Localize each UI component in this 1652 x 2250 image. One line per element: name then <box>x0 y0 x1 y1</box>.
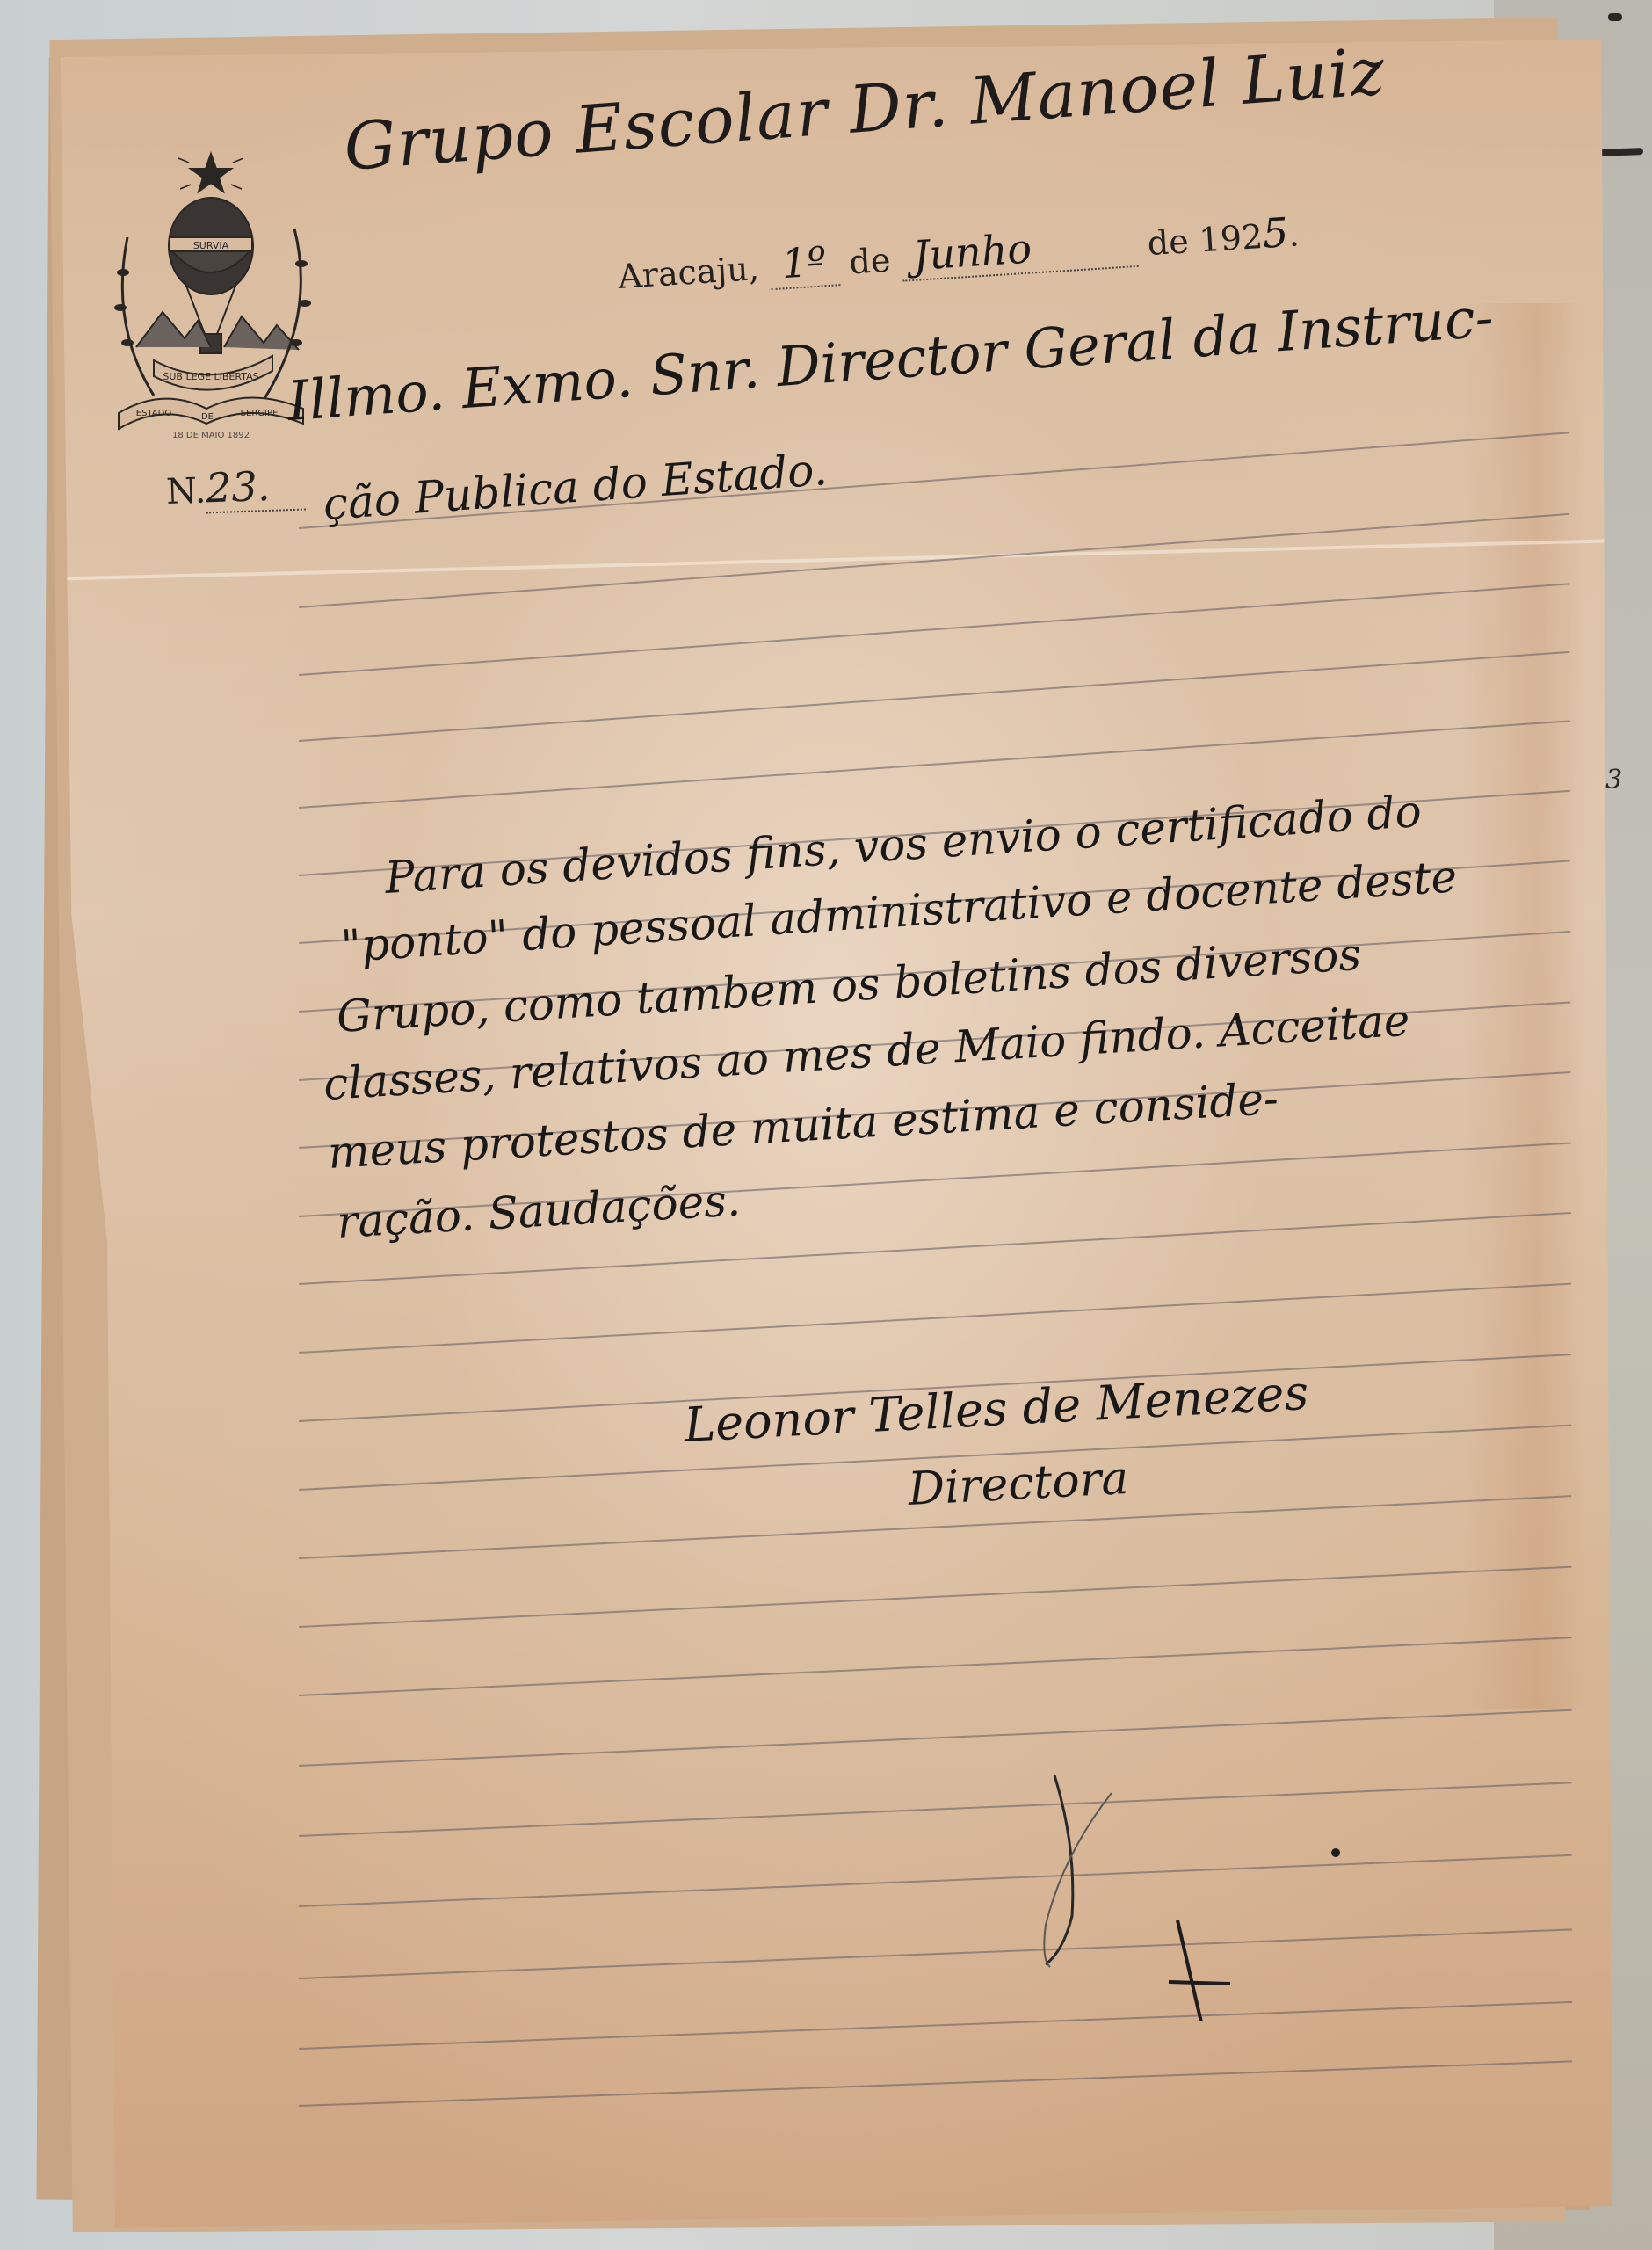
ink-spot <box>1608 13 1622 21</box>
date-de: de <box>1146 221 1189 263</box>
svg-text:DE: DE <box>201 412 214 422</box>
svg-text:ESTADO: ESTADO <box>136 409 172 418</box>
date-day: 1º <box>768 236 840 290</box>
svg-text:SERGIPE: SERGIPE <box>241 409 279 418</box>
svg-text:18 DE MAIO 1892: 18 DE MAIO 1892 <box>172 431 250 439</box>
pencil-mark-icon <box>1011 1740 1450 2021</box>
number-label: N. <box>165 470 206 512</box>
date-year-printed: 192 <box>1198 217 1264 259</box>
svg-text:SUB LEGE LIBERTAS: SUB LEGE LIBERTAS <box>163 371 258 382</box>
date-de: de <box>848 241 891 282</box>
date-place: Aracaju, <box>617 249 760 296</box>
fold-crease <box>53 539 1612 580</box>
letter-number: N.23. <box>165 461 306 513</box>
date-year-hand: 5 <box>1261 208 1290 258</box>
svg-text:SURVIA: SURVIA <box>193 240 229 251</box>
number-value: 23. <box>205 461 306 514</box>
